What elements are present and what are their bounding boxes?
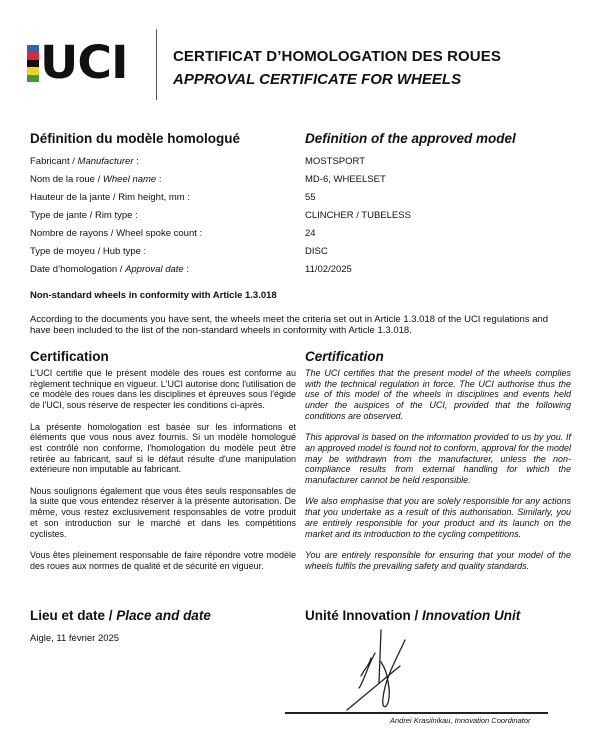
uci-logo: UCI xyxy=(27,42,123,82)
rainbow-band xyxy=(27,45,39,52)
field-label: Fabricant / Manufacturer : xyxy=(30,156,305,167)
label-suffix: : xyxy=(141,246,146,257)
place-date-heading: Lieu et date / Place and date xyxy=(30,608,211,623)
label-suffix: : xyxy=(156,174,161,185)
field-value: MOSTSPORT xyxy=(305,156,570,167)
certification-heading-en: Certification xyxy=(305,349,384,364)
innovation-unit-heading: Unité Innovation / Innovation Unit xyxy=(305,608,520,623)
paragraph: This approval is based on the informatio… xyxy=(305,432,571,486)
field-label: Nombre de rayons / Wheel spoke count : xyxy=(30,228,305,239)
label-fr: Date d’homologation / xyxy=(30,264,125,275)
article-text: According to the documents you have sent… xyxy=(30,314,570,336)
label-fr: Fabricant / xyxy=(30,156,78,167)
label-fr: Type de jante / Rim type xyxy=(30,210,132,221)
field-value: 11/02/2025 xyxy=(305,264,570,275)
signatory-name: Andrei Krasilnikau, Innovation Coordinat… xyxy=(390,716,531,725)
paragraph: L'UCI certifie que le présent modèle des… xyxy=(30,368,296,411)
rainbow-band xyxy=(27,52,39,59)
field-label: Date d’homologation / Approval date : xyxy=(30,264,305,275)
logo-text: UCI xyxy=(40,44,127,82)
field-value: 24 xyxy=(305,228,570,239)
signature-icon xyxy=(345,628,440,713)
field-label: Type de moyeu / Hub type : xyxy=(30,246,305,257)
definition-heading-fr: Définition du modèle homologué xyxy=(30,131,240,146)
field-value: 55 xyxy=(305,192,570,203)
definition-row: Type de moyeu / Hub type :DISC xyxy=(30,242,570,260)
signature-line xyxy=(285,712,548,714)
definition-row: Nombre de rayons / Wheel spoke count :24 xyxy=(30,224,570,242)
certificate-title-en: APPROVAL CERTIFICATE FOR WHEELS xyxy=(173,71,461,88)
paragraph: The UCI certifies that the present model… xyxy=(305,368,571,422)
place-date-value: Aigle, 11 février 2025 xyxy=(30,633,119,644)
certification-text-en: The UCI certifies that the present model… xyxy=(305,368,571,582)
definition-row: Date d’homologation / Approval date :11/… xyxy=(30,260,570,278)
certification-text-fr: L'UCI certifie que le présent modèle des… xyxy=(30,368,296,582)
label-fr: Hauteur de la jante / Rim height, mm xyxy=(30,192,185,203)
label-suffix: : xyxy=(184,264,189,275)
label-suffix: : xyxy=(132,210,137,221)
certificate-title-fr: CERTIFICAT D’HOMOLOGATION DES ROUES xyxy=(173,48,501,65)
definition-row: Nom de la roue / Wheel name :MD-6, WHEEL… xyxy=(30,170,570,188)
paragraph: La présente homologation est basée sur l… xyxy=(30,422,296,476)
label-suffix: : xyxy=(134,156,139,167)
rainbow-band xyxy=(27,75,39,82)
label-fr: Type de moyeu / Hub type xyxy=(30,246,141,257)
label-fr: Nom de la roue / xyxy=(30,174,103,185)
rainbow-band xyxy=(27,60,39,67)
unit-heading-fr: Unité Innovation / xyxy=(305,608,422,623)
field-value: DISC xyxy=(305,246,570,257)
field-label: Hauteur de la jante / Rim height, mm : xyxy=(30,192,305,203)
label-suffix: : xyxy=(197,228,202,239)
unit-heading-en: Innovation Unit xyxy=(422,608,520,623)
field-value: MD-6, WHEELSET xyxy=(305,174,570,185)
field-label: Nom de la roue / Wheel name : xyxy=(30,174,305,185)
definition-row: Fabricant / Manufacturer :MOSTSPORT xyxy=(30,152,570,170)
label-en: Approval date xyxy=(125,264,184,275)
label-en: Wheel name xyxy=(103,174,156,185)
label-en: Manufacturer xyxy=(78,156,134,167)
field-label: Type de jante / Rim type : xyxy=(30,210,305,221)
paragraph: You are entirely responsible for ensurin… xyxy=(305,550,571,571)
definition-row: Type de jante / Rim type :CLINCHER / TUB… xyxy=(30,206,570,224)
definition-row: Hauteur de la jante / Rim height, mm :55 xyxy=(30,188,570,206)
header-divider xyxy=(156,29,157,100)
label-suffix: : xyxy=(185,192,190,203)
rainbow-bands-icon xyxy=(27,45,39,82)
place-heading-en: Place and date xyxy=(116,608,211,623)
place-heading-fr: Lieu et date / xyxy=(30,608,116,623)
paragraph: Vous êtes pleinement responsable de fair… xyxy=(30,550,296,571)
label-fr: Nombre de rayons / Wheel spoke count xyxy=(30,228,197,239)
field-value: CLINCHER / TUBELESS xyxy=(305,210,570,221)
paragraph: Nous soulignons également que vous êtes … xyxy=(30,486,296,540)
definition-heading-en: Definition of the approved model xyxy=(305,131,516,146)
paragraph: We also emphasise that you are solely re… xyxy=(305,496,571,539)
definition-table: Fabricant / Manufacturer :MOSTSPORTNom d… xyxy=(30,152,570,278)
certification-heading-fr: Certification xyxy=(30,349,109,364)
article-title: Non-standard wheels in conformity with A… xyxy=(30,290,277,301)
rainbow-band xyxy=(27,67,39,74)
